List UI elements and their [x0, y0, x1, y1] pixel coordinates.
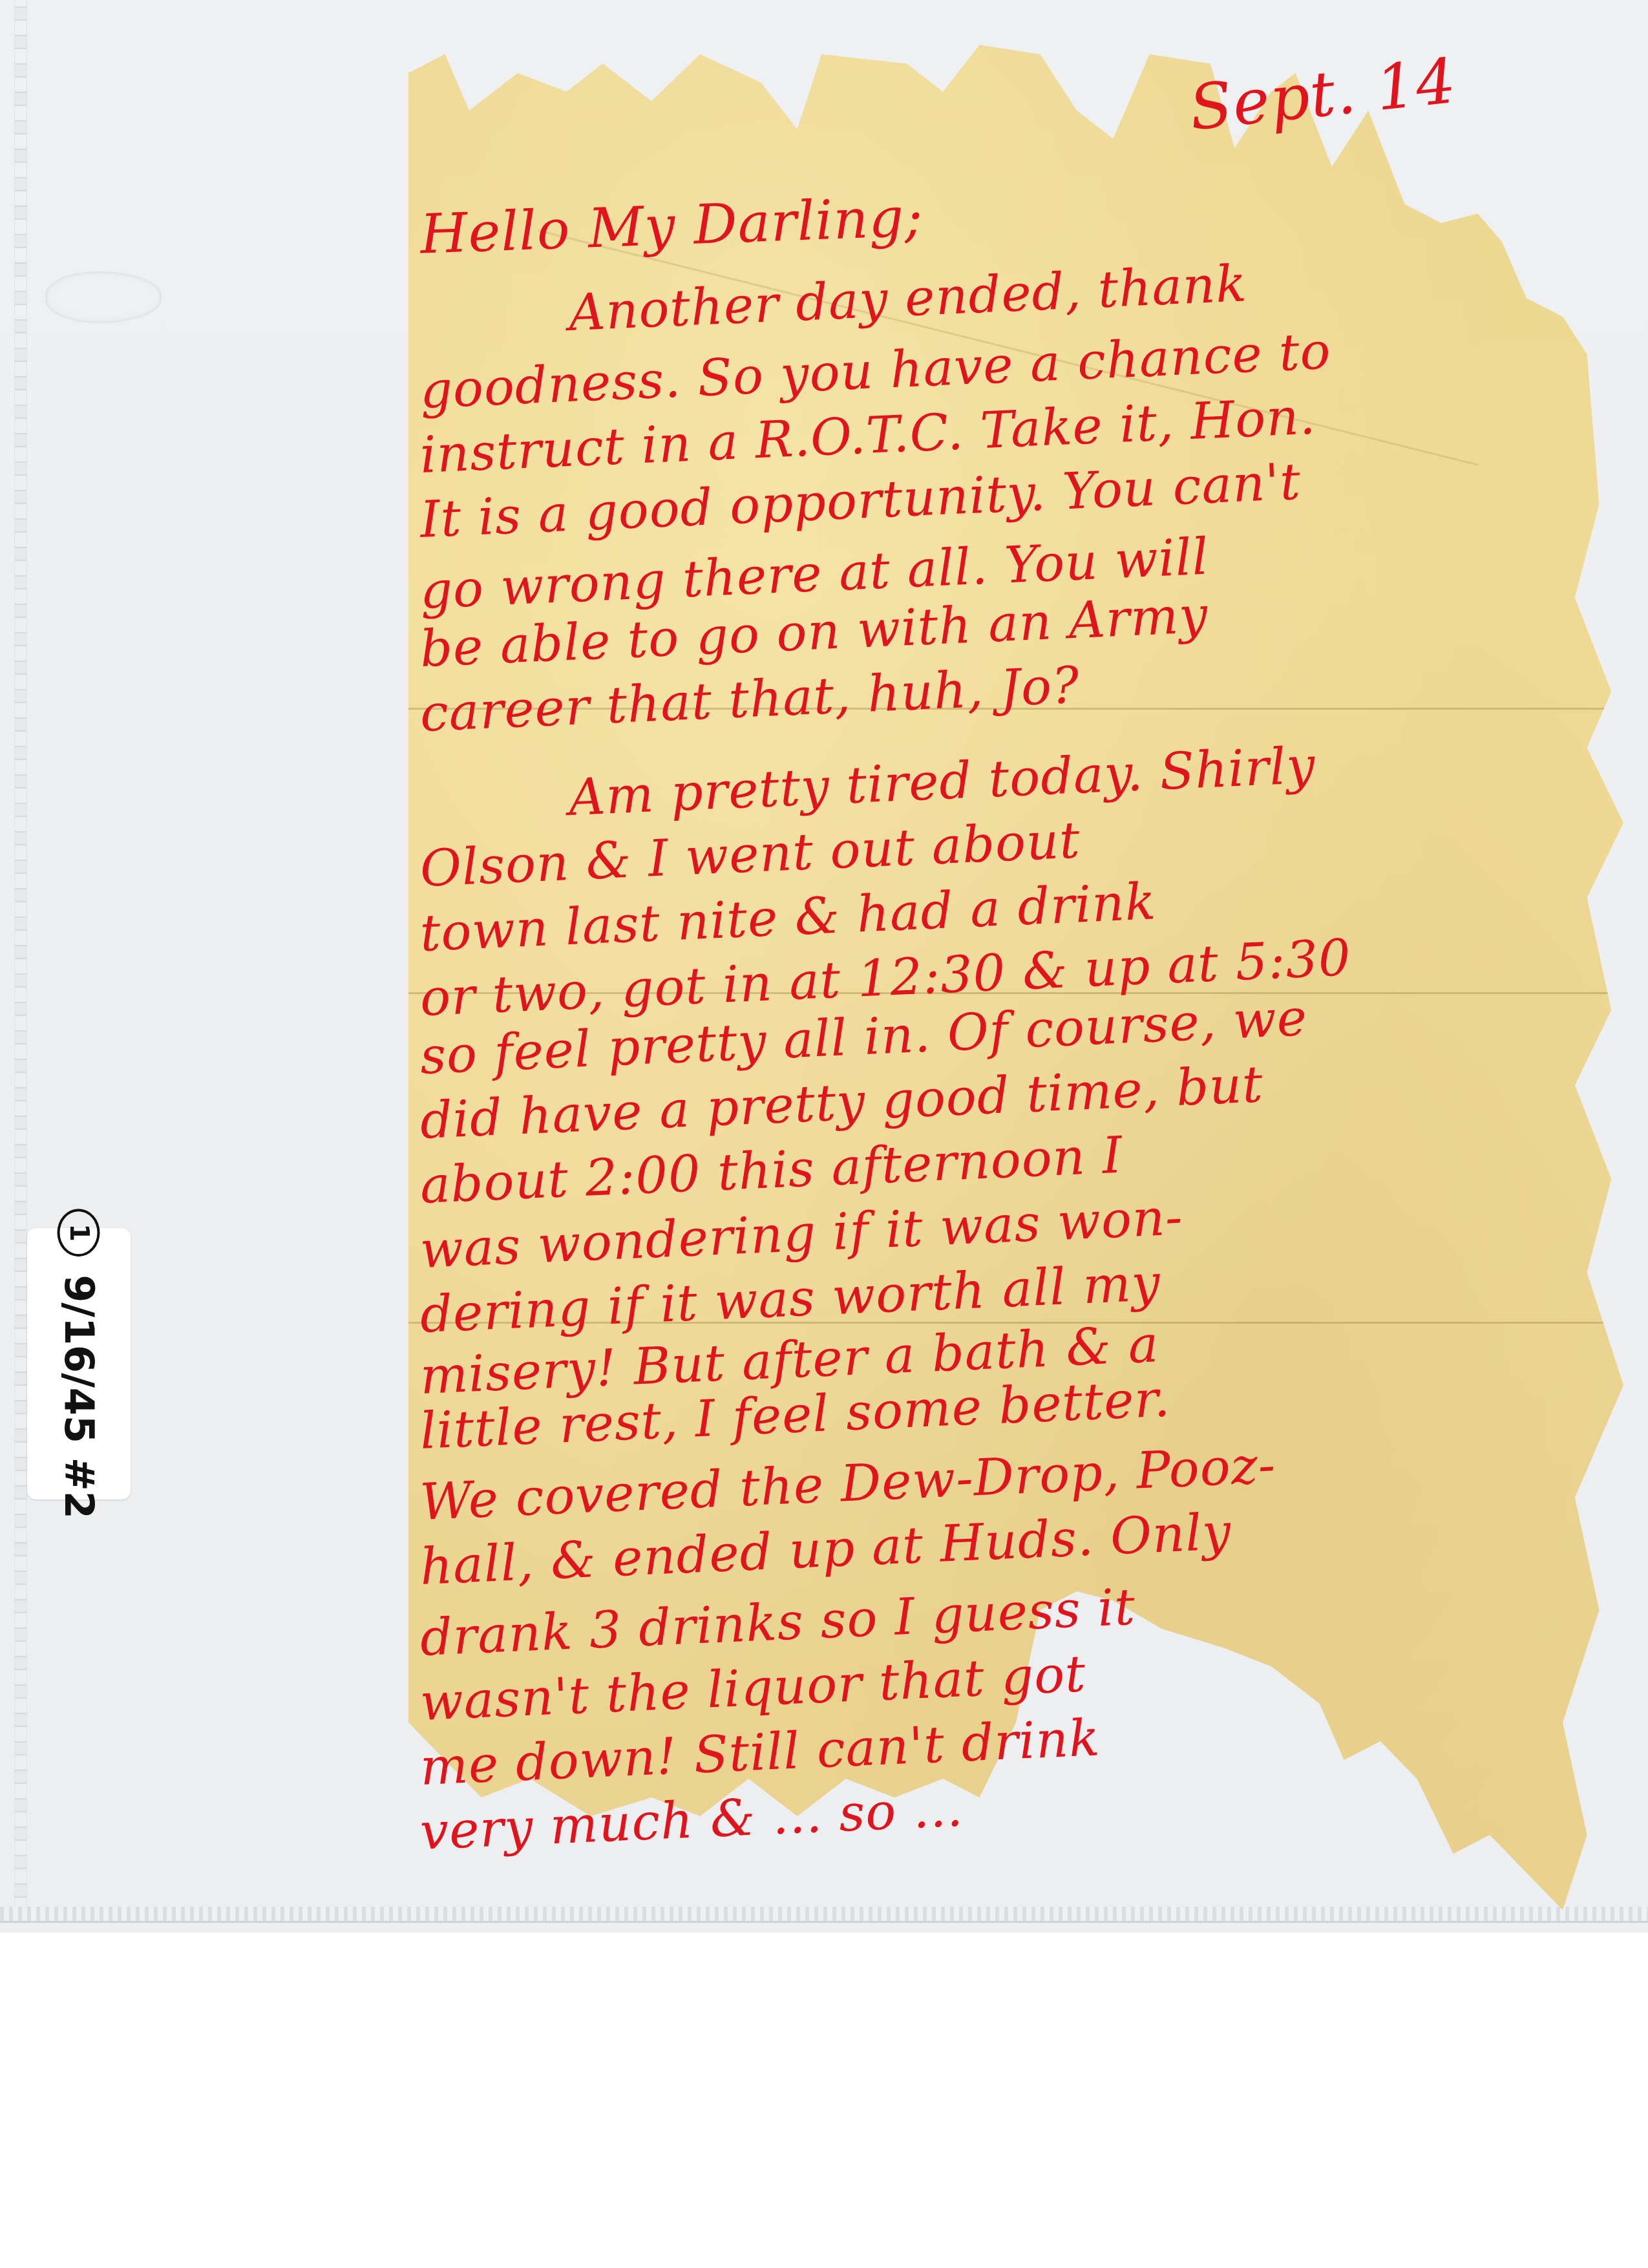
- sleeve-binder-holes: [14, 0, 27, 1913]
- archive-label-text: 1 9/16/45 #2: [56, 1209, 103, 1519]
- label-date-number: 9/16/45 #2: [56, 1275, 103, 1519]
- archive-label: 1 9/16/45 #2: [27, 1228, 131, 1500]
- sleeve-bottom-seam: [0, 1907, 1648, 1923]
- circled-number: 1: [58, 1209, 100, 1256]
- sleeve-impression: [45, 271, 162, 323]
